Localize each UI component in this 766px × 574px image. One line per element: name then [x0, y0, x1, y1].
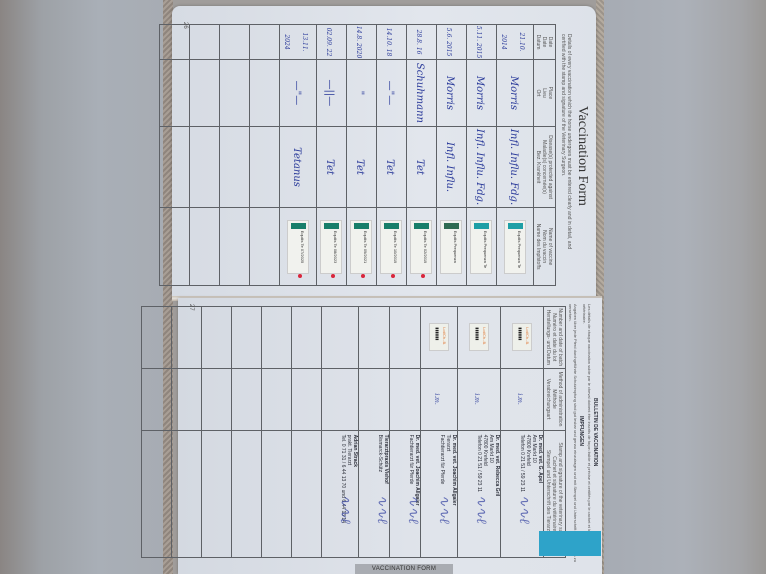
signature: ∿∿ℓ: [516, 495, 532, 524]
cell-disease-text: Infl. Influ. Fdg.: [508, 129, 519, 205]
cell-vaccine: Equilis Te 09/2021: [347, 208, 377, 286]
signature: ∿∿ℓ: [436, 495, 452, 524]
vaccine-sticker: Equilis Prequenza: [441, 220, 463, 274]
sticker-band: [475, 223, 490, 229]
vaccine-name: Equilis Te 09/2021: [364, 231, 369, 264]
vaccine-sticker: Equilis Te 09/2021: [351, 220, 373, 274]
cell-date: [160, 25, 190, 60]
table-row: [202, 307, 232, 558]
table-row: 14.10. 18—"—TetEquilis Te 10/2019: [377, 25, 407, 286]
vaccine-sticker: Equilis Te 10/2019: [381, 220, 403, 274]
sticker-band: [325, 223, 340, 229]
cell-disease: Tet: [347, 126, 377, 208]
cell-date: 28.8. 16: [407, 25, 437, 60]
cell-disease-text: Tet: [385, 159, 396, 175]
cell-place: Morris: [437, 60, 467, 127]
cell-disease: Infl. Influ. Fdg.: [467, 126, 497, 208]
cell-stamp: Dr. med. vet. G. ApelAm Markt 1047800 Kr…: [501, 430, 544, 557]
sticker-band: [508, 223, 523, 229]
cell-stamp: Dr. med. vet. Rebecca GrilAm Markt 10478…: [458, 430, 501, 557]
cell-method: [359, 368, 390, 430]
cell-method: i.m.: [421, 368, 458, 430]
table-row: [220, 25, 250, 286]
cell-method: [232, 368, 262, 430]
cell-vaccine: Equilis Prequenza Te: [467, 208, 497, 286]
cell-date-text: 02.09. 22: [326, 28, 333, 57]
table-row: Adrian Strackprakt. TierarztTel. 0 71 31…: [322, 307, 359, 558]
table-row: [172, 307, 202, 558]
instructions-de: Angaben über jede Pferd durchgeführte Sc…: [568, 304, 578, 564]
cell-date-text: 14.10. 18: [386, 28, 393, 57]
col-batch: Number and date of batchNuméro et date d…: [544, 307, 566, 369]
cell-place-text: Schuhmann: [415, 63, 426, 123]
cell-place-text: —"—: [291, 81, 302, 106]
cell-method: [142, 368, 172, 430]
table-row: Tierarztpraxis ViehofBismarck-Schütz∿∿ℓ: [359, 307, 390, 558]
cell-disease: [220, 126, 250, 208]
cell-stamp: [292, 430, 322, 557]
cell-place-text: ": [355, 91, 366, 96]
vaccine-sticker: Equilis Te 08/2023: [321, 220, 343, 274]
cell-method: i.m.: [458, 368, 501, 430]
batch-sticker: Lot/Ch.-B.▮▮▮▮▮▮: [512, 323, 532, 351]
cell-disease: Tet: [407, 126, 437, 208]
batch-sticker: Lot/Ch.-B.▮▮▮▮▮▮: [429, 323, 449, 351]
table-row: [232, 307, 262, 558]
cell-vaccine: Equilis Te 10/2019: [377, 208, 407, 286]
cell-disease-text: Tet: [355, 159, 366, 175]
cell-place: —"—: [280, 60, 317, 127]
method-text: i.m.: [473, 393, 480, 404]
table-row: 14.8. 2020"TetEquilis Te 09/2021: [347, 25, 377, 286]
cell-place: Morris: [497, 60, 534, 127]
red-marker-icon: [392, 274, 396, 278]
cell-method: [322, 368, 359, 430]
instructions-fr: Les détails de chaque vaccination subie …: [582, 304, 592, 564]
cell-place: [160, 60, 190, 127]
cell-place-text: Morris: [508, 76, 519, 110]
cell-stamp: [232, 430, 262, 557]
cell-place: Schuhmann: [407, 60, 437, 127]
col-method: Method of administrationMéthodeVerabreic…: [544, 368, 566, 430]
vaccine-sticker: Equilis Te 02/2019: [411, 220, 433, 274]
signature: ∿∿ℓ: [337, 495, 353, 524]
cell-date: 14.10. 18: [377, 25, 407, 60]
batch-sticker: Lot/Ch.-B.▮▮▮▮▮▮: [469, 323, 489, 351]
cell-method: [292, 368, 322, 430]
vaccination-table: DateDateDatum PlaceLieuOrt Disease(s) pr…: [159, 24, 556, 286]
signature: ∿∿ℓ: [374, 495, 390, 524]
cell-disease: Infl. Influ. Fdg.: [497, 126, 534, 208]
vaccine-sticker: Equilis Prequenza Te: [504, 220, 526, 274]
vet-stamp-line: Dr. med. vet. Rebecca Gril: [494, 435, 500, 557]
table-row: [142, 307, 172, 558]
cell-batch: [172, 307, 202, 369]
table-row: 28.8. 16SchuhmannTetEquilis Te 02/2019: [407, 25, 437, 286]
cell-batch: [142, 307, 172, 369]
cell-vaccine: Equilis Te 07/2025: [280, 208, 317, 286]
cell-disease: Tetanus: [280, 126, 317, 208]
method-text: i.m.: [516, 393, 523, 404]
vaccine-name: Equilis Te 08/2023: [334, 231, 339, 264]
cell-place: —"—: [377, 60, 407, 127]
vaccination-table-right: Number and date of batchNuméro et date d…: [141, 306, 566, 558]
page-title: Vaccination Form: [574, 106, 590, 206]
sticker-band: [385, 223, 400, 229]
vaccine-name: Equilis Prequenza: [454, 231, 459, 263]
cell-stamp: Adrian Strackprakt. TierarztTel. 0 71 31…: [322, 430, 359, 557]
cell-place-text: —||—: [325, 80, 336, 107]
cell-method: i.m.: [501, 368, 544, 430]
cell-batch: [390, 307, 421, 369]
cell-batch: Lot/Ch.-B.▮▮▮▮▮▮: [421, 307, 458, 369]
cell-batch: [202, 307, 232, 369]
col-disease: Disease(s) protected againstMaladie(s) c…: [534, 126, 556, 208]
cell-vaccine: [220, 208, 250, 286]
cell-disease-text: Tet: [325, 159, 336, 175]
table-row: Lot/Ch.-B.▮▮▮▮▮▮i.m.Dr. med. vet. Joachi…: [421, 307, 458, 558]
sticker-band: [445, 223, 460, 229]
cell-batch: [262, 307, 292, 369]
cell-disease: [160, 126, 190, 208]
table-row: [250, 25, 280, 286]
page-number-right: 27: [188, 304, 194, 311]
table-row: [262, 307, 292, 558]
cell-place: —||—: [317, 60, 347, 127]
cell-method: [262, 368, 292, 430]
cell-place-text: Morris: [445, 76, 456, 110]
cell-method: [202, 368, 232, 430]
cell-place: Morris: [467, 60, 497, 127]
cell-vaccine: [160, 208, 190, 286]
table-row: Lot/Ch.-B.▮▮▮▮▮▮i.m.Dr. med. vet. G. Ape…: [501, 307, 544, 558]
red-marker-icon: [298, 274, 302, 278]
cell-vaccine: [250, 208, 280, 286]
table-row: 5.6. 2015MorrisInfl. Influ.Equilis Prequ…: [437, 25, 467, 286]
red-marker-icon: [332, 274, 336, 278]
footer-label: VACCINATION FORM: [355, 564, 453, 574]
vaccine-sticker: Equilis Te 07/2025: [287, 220, 309, 274]
cell-disease-text: Infl. Influ. Fdg.: [475, 129, 486, 205]
vaccine-name: Equilis Te 10/2019: [394, 231, 399, 264]
col-vaccine: Name of vaccineNom du vaccinName des Imp…: [534, 208, 556, 286]
cell-date: 21.10. 2014: [497, 25, 534, 60]
vaccine-name: Equilis Prequenza Te: [484, 231, 489, 269]
table-row: Lot/Ch.-B.▮▮▮▮▮▮i.m.Dr. med. vet. Rebecc…: [458, 307, 501, 558]
cell-vaccine: Equilis Te 02/2019: [407, 208, 437, 286]
cell-disease: Tet: [377, 126, 407, 208]
cell-stamp: Dr. med. vet. Joachim AllgaierFachtierar…: [390, 430, 421, 557]
cell-place-text: Morris: [475, 76, 486, 110]
cell-vaccine: Equilis Prequenza: [437, 208, 467, 286]
cell-stamp: [172, 430, 202, 557]
page-instructions: Details of every vaccination which the h…: [560, 34, 572, 264]
cell-date: [190, 25, 220, 60]
cell-date-text: 28.8. 16: [416, 30, 423, 55]
cell-stamp: [202, 430, 232, 557]
cell-place: [250, 60, 280, 127]
cell-place-text: —"—: [385, 81, 396, 106]
cell-date-text: 14.8. 2020: [356, 26, 363, 58]
cell-place: [220, 60, 250, 127]
cell-batch: [232, 307, 262, 369]
table-row: Dr. med. vet. Joachim AllgaierFachtierar…: [390, 307, 421, 558]
cell-date: [250, 25, 280, 60]
cell-date-text: 13.11. 2024: [283, 33, 308, 52]
background-right: [602, 0, 766, 574]
cell-batch: Lot/Ch.-B.▮▮▮▮▮▮: [501, 307, 544, 369]
table-row: 02.09. 22—||—TetEquilis Te 08/2023: [317, 25, 347, 286]
sticker-band: [415, 223, 430, 229]
page-title-fr: BULLETIN DE VACCINATION: [592, 398, 598, 466]
vaccine-name: Equilis Prequenza Te: [517, 231, 522, 269]
cell-method: [390, 368, 421, 430]
cell-place: ": [347, 60, 377, 127]
cell-date: 5.6. 2015: [437, 25, 467, 60]
cell-date: 13.11. 2024: [280, 25, 317, 60]
cell-place: [190, 60, 220, 127]
red-marker-icon: [362, 274, 366, 278]
cell-disease: Tet: [317, 126, 347, 208]
cell-disease-text: Tet: [415, 159, 426, 175]
cell-date: 5.11. 2015: [467, 25, 497, 60]
cell-date-text: 21.10. 2014: [500, 33, 525, 52]
cell-vaccine: Equilis Prequenza Te: [497, 208, 534, 286]
cell-disease: Infl. Influ.: [437, 126, 467, 208]
cell-disease-text: Tetanus: [291, 147, 302, 187]
sticker-band: [355, 223, 370, 229]
vaccine-name: Equilis Te 02/2019: [424, 231, 429, 264]
cell-method: [172, 368, 202, 430]
table-row: 5.11. 2015MorrisInfl. Influ. Fdg.Equilis…: [467, 25, 497, 286]
tab-tape: [539, 531, 601, 556]
cell-disease-text: Infl. Influ.: [445, 142, 456, 192]
cell-batch: [359, 307, 390, 369]
cell-date-text: 5.6. 2015: [446, 28, 453, 57]
table-row: [292, 307, 322, 558]
page-number: 26: [182, 22, 188, 29]
cell-batch: [292, 307, 322, 369]
cell-batch: Lot/Ch.-B.▮▮▮▮▮▮: [458, 307, 501, 369]
col-date: DateDateDatum: [534, 25, 556, 60]
cell-stamp: [262, 430, 292, 557]
cell-date: 02.09. 22: [317, 25, 347, 60]
table-row: 13.11. 2024—"—TetanusEquilis Te 07/2025: [280, 25, 317, 286]
cell-disease: [190, 126, 220, 208]
table-row: [190, 25, 220, 286]
cell-vaccine: Equilis Te 08/2023: [317, 208, 347, 286]
cell-stamp: Tierarztpraxis ViehofBismarck-Schütz∿∿ℓ: [359, 430, 390, 557]
sticker-band: [291, 223, 306, 229]
table-row: [160, 25, 190, 286]
signature: ∿∿ℓ: [473, 495, 489, 524]
cell-date: 14.8. 2020: [347, 25, 377, 60]
cell-disease: [250, 126, 280, 208]
cell-vaccine: [190, 208, 220, 286]
left-page: Vaccination Form Details of every vaccin…: [172, 6, 596, 298]
cell-stamp: Dr. med. vet. Joachim AllgaierTierarztFa…: [421, 430, 458, 557]
vaccine-name: Equilis Te 07/2025: [300, 231, 305, 264]
cell-batch: [322, 307, 359, 369]
cell-date: [220, 25, 250, 60]
col-place: PlaceLieuOrt: [534, 60, 556, 127]
method-text: i.m.: [433, 393, 440, 404]
cell-stamp: [142, 430, 172, 557]
signature: ∿∿ℓ: [405, 495, 421, 524]
table-row: 21.10. 2014MorrisInfl. Influ. Fdg.Equili…: [497, 25, 534, 286]
cell-date-text: 5.11. 2015: [476, 26, 483, 58]
vaccine-sticker: Equilis Prequenza Te: [471, 220, 493, 274]
red-marker-icon: [422, 274, 426, 278]
